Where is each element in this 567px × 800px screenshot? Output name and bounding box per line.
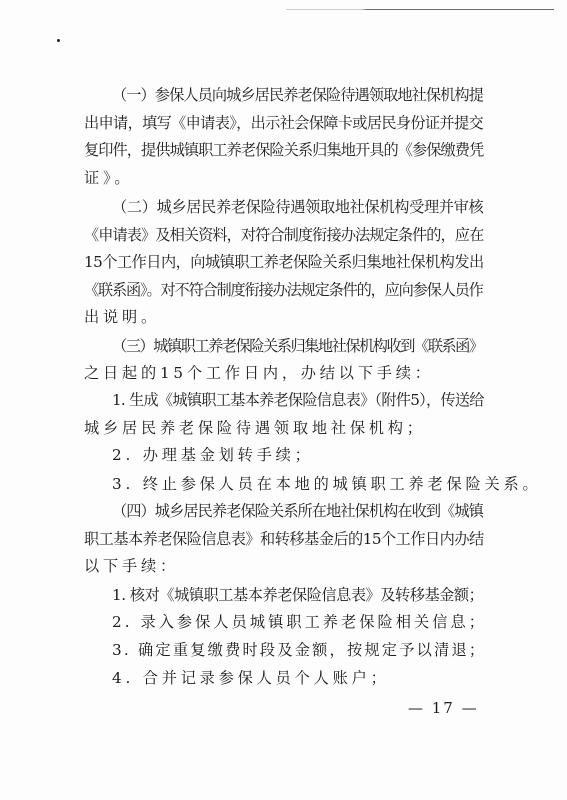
paragraph-2-line-1: （二）城乡居民养老保险待遇领取地社保机构受理并审核 [112, 196, 483, 218]
page-number: — 17 — [408, 698, 479, 718]
list-item-3-2: 2. 办理基金划转手续； [112, 444, 314, 466]
paragraph-3-line-1: （三）城镇职工养老保险关系归集地社保机构收到《联系函》 [112, 335, 483, 357]
paragraph-2-line-2: 《申请表》及相关资料，对符合制度衔接办法规定条件的，应在 [84, 224, 483, 246]
list-item-4-3: 3. 确定重复缴费时段及金额，按规定予以清退； [112, 639, 486, 661]
list-item-4-2: 2. 录入参保人员城镇职工养老保险相关信息； [112, 611, 487, 633]
scan-header-rule [286, 9, 554, 10]
paragraph-2-line-4: 《联系函》。对不符合制度衔接办法规定条件的，应向参保人员作 [84, 279, 483, 301]
paragraph-1-line-2: 出申请，填写《申请表》，出示社会保障卡或居民身份证并提交 [84, 112, 483, 134]
paragraph-4-line-3: 以下手续： [84, 555, 179, 577]
paragraph-2-line-3: 15个工作日内，向城镇职工养老保险关系归集地社保机构发出 [84, 251, 484, 273]
document-page: （一）参保人员向城乡居民养老保险待遇领取地社保机构提 出申请，填写《申请表》，出… [0, 0, 567, 800]
list-item-3-3: 3. 终止参保人员在本地的城镇职工养老保险关系。 [112, 473, 541, 495]
list-item-4-4: 4. 合并记录参保人员个人账户； [112, 667, 390, 689]
paragraph-2-line-5: 出说明。 [84, 306, 160, 328]
paragraph-4-line-1: （四）城乡居民养老保险关系所在地社保机构在收到《城镇 [112, 500, 483, 522]
paragraph-4-line-2: 职工基本养老保险信息表》和转移基金后的15个工作日内办结 [84, 528, 484, 550]
scan-artifact-dot [57, 39, 60, 42]
list-item-3-1-line-2: 城乡居民养老保险待遇领取地社保机构； [84, 417, 426, 439]
paragraph-1-line-4: 证》。 [84, 167, 133, 189]
paragraph-1-line-1: （一）参保人员向城乡居民养老保险待遇领取地社保机构提 [112, 84, 483, 106]
paragraph-3-line-2: 之日起的15个工作日内，办结以下手续： [84, 362, 434, 384]
list-item-3-1-line-1: 1. 生成《城镇职工基本养老保险信息表》（附件5），传送给 [112, 389, 484, 411]
list-item-4-1: 1. 核对《城镇职工基本养老保险信息表》及转移基金额； [112, 584, 483, 606]
paragraph-1-line-3: 复印件，提供城镇职工养老保险关系归集地开具的《参保缴费凭 [84, 139, 483, 161]
